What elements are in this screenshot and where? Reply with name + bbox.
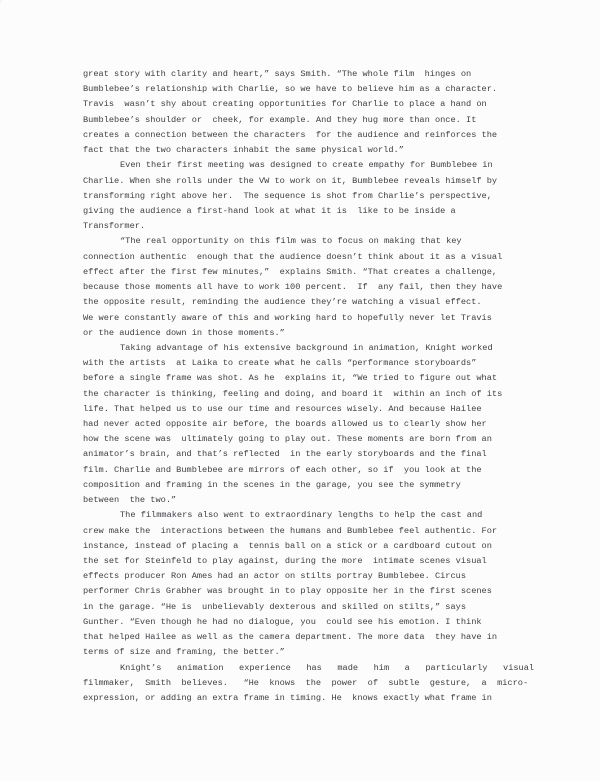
text-line: between the two.” (83, 493, 553, 508)
text-line: giving the audience a first-hand look at… (83, 204, 553, 219)
text-line: terms of size and framing, the better.” (83, 645, 553, 660)
text-line: effects producer Ron Ames had an actor o… (83, 569, 553, 584)
scanner-edge-shadow (0, 0, 4, 95)
paragraph-start-line: Even their first meeting was designed to… (83, 158, 553, 173)
text-line: in the garage. “He is unbelievably dexte… (83, 600, 553, 615)
text-line: fact that the two characters inhabit the… (83, 143, 553, 158)
text-line: Travis wasn’t shy about creating opportu… (83, 97, 553, 112)
text-line: creates a connection between the charact… (83, 128, 553, 143)
text-line: Transformer. (83, 219, 553, 234)
text-line: had never acted opposite air before, the… (83, 417, 553, 432)
text-line: transforming right above her. The sequen… (83, 189, 553, 204)
paragraph-start-line: Taking advantage of his extensive backgr… (83, 341, 553, 356)
text-line: that helped Hailee as well as the camera… (83, 630, 553, 645)
text-line: great story with clarity and heart,” say… (83, 67, 553, 82)
text-line: the character is thinking, feeling and d… (83, 387, 553, 402)
text-line: crew make the interactions between the h… (83, 524, 553, 539)
text-line: Bumblebee’s shoulder or cheek, for examp… (83, 113, 553, 128)
text-line: expression, or adding an extra frame in … (83, 691, 553, 706)
text-line: performer Chris Grabher was brought in t… (83, 584, 553, 599)
text-line: effect after the first few minutes,” exp… (83, 265, 553, 280)
text-line: how the scene was ultimately going to pl… (83, 432, 553, 447)
text-line: life. That helped us to use our time and… (83, 402, 553, 417)
text-line: We were constantly aware of this and wor… (83, 311, 553, 326)
text-line: the opposite result, reminding the audie… (83, 295, 553, 310)
text-line: connection authentic enough that the aud… (83, 250, 553, 265)
text-line: the set for Steinfeld to play against, d… (83, 554, 553, 569)
text-line: instance, instead of placing a tennis ba… (83, 539, 553, 554)
text-line: filmmaker, Smith believes. “He knows the… (83, 676, 553, 691)
text-line: film. Charlie and Bumblebee are mirrors … (83, 463, 553, 478)
paragraph-start-line: Knight’s animation experience has made h… (83, 661, 553, 676)
text-line: because those moments all have to work 1… (83, 280, 553, 295)
text-line: Bumblebee’s relationship with Charlie, s… (83, 82, 553, 97)
text-line: Gunther. “Even though he had no dialogue… (83, 615, 553, 630)
text-line: composition and framing in the scenes in… (83, 478, 553, 493)
body-text: great story with clarity and heart,” say… (83, 67, 553, 706)
text-line: or the audience down in those moments.” (83, 326, 553, 341)
text-line: Charlie. When she rolls under the VW to … (83, 174, 553, 189)
text-line: animator’s brain, and that’s reflected i… (83, 447, 553, 462)
text-line: with the artists at Laika to create what… (83, 356, 553, 371)
paragraph-start-line: The filmmakers also went to extraordinar… (83, 508, 553, 523)
text-line: before a single frame was shot. As he ex… (83, 371, 553, 386)
paragraph-start-line: “The real opportunity on this film was t… (83, 234, 553, 249)
scanned-page: great story with clarity and heart,” say… (0, 0, 600, 781)
